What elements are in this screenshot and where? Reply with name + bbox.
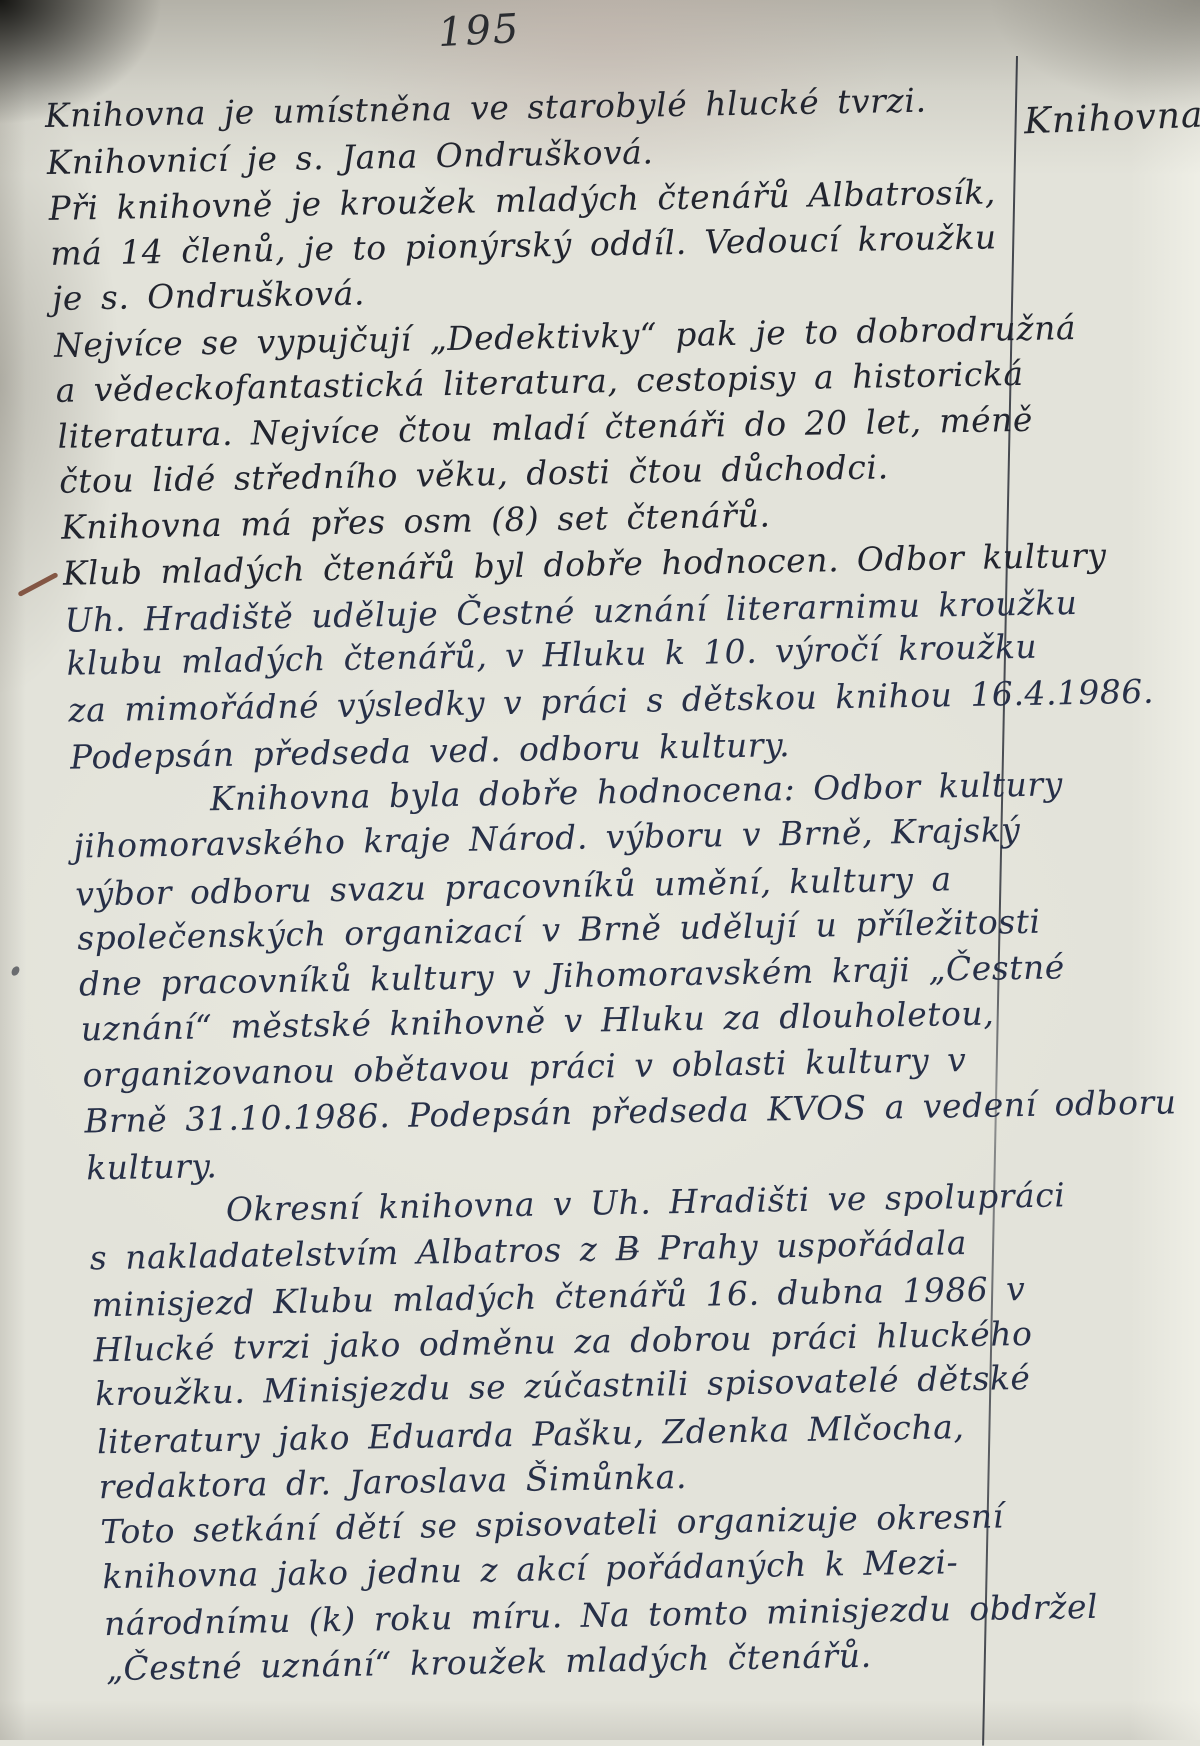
ink-speck bbox=[10, 965, 21, 977]
handwriting-lines: Knihovna je umístněna ve starobylé hluck… bbox=[44, 74, 1200, 1692]
page-number: 195 bbox=[437, 6, 522, 56]
chronicle-page-paper: 195 Knihovna Knihovna je umístněna ve st… bbox=[0, 0, 1200, 1740]
ink-stain bbox=[17, 572, 58, 597]
